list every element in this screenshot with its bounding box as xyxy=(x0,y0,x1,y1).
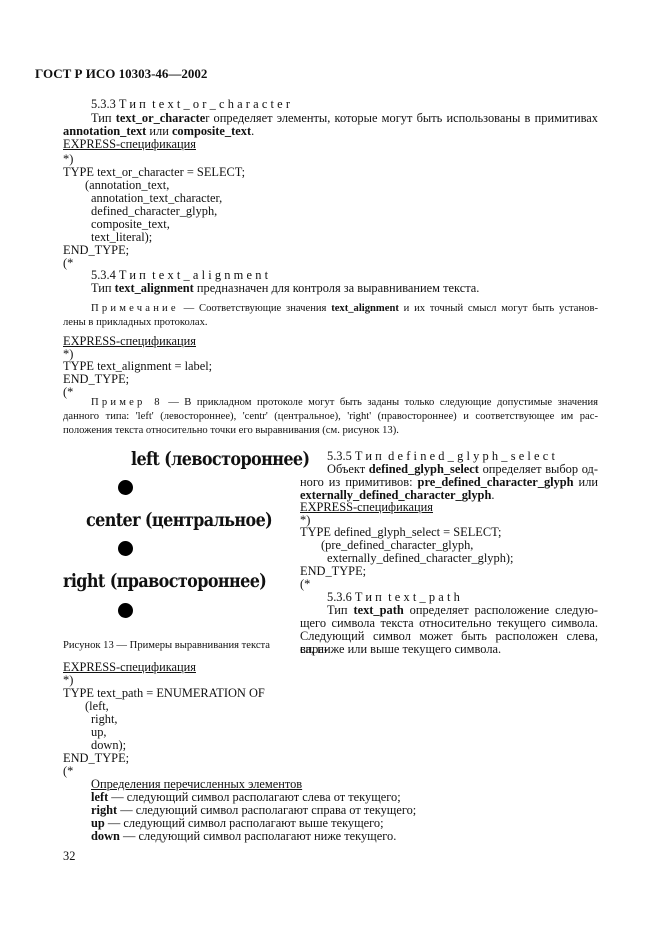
definition-item: down — следующий символ располагают ниже… xyxy=(91,830,396,843)
paragraph: ва, ниже или выше текущего символа. xyxy=(300,643,501,656)
example: положения текста относительно точки его … xyxy=(63,425,399,437)
anchor-point-icon xyxy=(118,541,133,556)
figure-label-center: center (центральное) xyxy=(86,509,272,531)
figure-label-left: left (левостороннее) xyxy=(131,448,309,470)
express-spec-label: EXPRESS-спецификация xyxy=(300,501,433,514)
figure-caption: Рисунок 13 — Примеры выравнивания текста xyxy=(63,640,270,652)
note: лены в прикладных протоколах. xyxy=(63,317,208,329)
code-line: (* xyxy=(63,257,73,270)
paragraph: Тип text_alignment предназначен для конт… xyxy=(91,282,479,295)
example: Пример 8 — В прикладном протоколе могут … xyxy=(91,397,598,409)
code-line: (* xyxy=(300,578,310,591)
example: данного типа: 'left' (левостороннее), 'c… xyxy=(63,411,598,423)
code-line: (* xyxy=(63,386,73,399)
page-number: 32 xyxy=(63,850,75,863)
anchor-point-icon xyxy=(118,603,133,618)
anchor-point-icon xyxy=(118,480,133,495)
section-heading-5-3-3: 5.3.3 Тип text_or_character xyxy=(91,98,293,111)
note: Примечание — Соответствующие значения te… xyxy=(91,303,598,315)
code-line: (* xyxy=(63,765,73,778)
express-spec-label: EXPRESS-спецификация xyxy=(63,661,196,674)
express-spec-label: EXPRESS-спецификация xyxy=(63,335,196,348)
document-header: ГОСТ Р ИСО 10303-46—2002 xyxy=(35,67,207,80)
express-spec-label: EXPRESS-спецификация xyxy=(63,138,196,151)
figure-label-right: right (правостороннее) xyxy=(63,570,266,592)
